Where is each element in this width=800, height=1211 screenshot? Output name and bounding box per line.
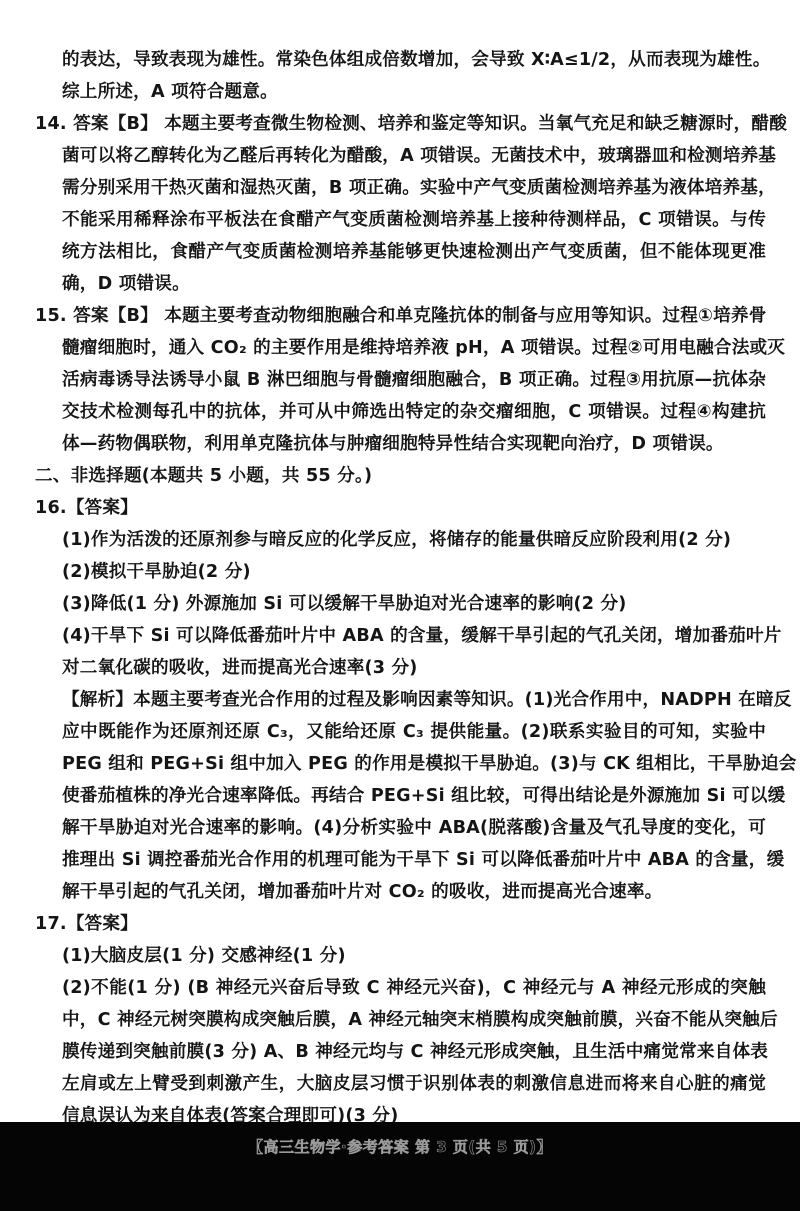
q16-analysis-line-7: 解干旱引起的气孔关闭，增加番茄叶片对 CO₂ 的吸收，进而提高光合速率。	[62, 881, 662, 903]
q15-line-3: 活病毒诱导法诱导小鼠 B 淋巴细胞与骨髓瘤细胞融合，B 项正确。过程③用抗原—抗…	[62, 369, 766, 391]
section-heading-nonchoice: 二、非选择题(本题共 5 小题，共 55 分。)	[35, 465, 372, 487]
q15-answer-line-1: 15. 答案【B】 本题主要考查动物细胞融合和单克隆抗体的制备与应用等知识。过程…	[35, 305, 766, 327]
q16-answer-2: (2)模拟干旱胁迫(2 分)	[62, 561, 251, 583]
document-page: 的表达，导致表现为雄性。常染色体组成倍数增加，会导致 X∶A≤1/2，从而表现为…	[0, 0, 800, 1122]
q16-answer-4-line-2: 对二氧化碳的吸收，进而提高光合速率(3 分)	[62, 657, 418, 679]
q16-answer-3: (3)降低(1 分) 外源施加 Si 可以缓解干旱胁迫对光合速率的影响(2 分)	[62, 593, 627, 615]
q16-analysis-line-1: 【解析】本题主要考查光合作用的过程及影响因素等知识。(1)光合作用中，NADPH…	[62, 689, 766, 711]
q17-answer-2-line-1: (2)不能(1 分) (B 神经元兴奋后导致 C 神经元兴奋)，C 神经元与 A…	[62, 977, 766, 999]
q16-answer-1: (1)作为活泼的还原剂参与暗反应的化学反应，将储存的能量供暗反应阶段利用(2 分…	[62, 529, 731, 551]
q16-analysis-line-2: 应中既能作为还原剂还原 C₃，又能给还原 C₃ 提供能量。(2)联系实验目的可知…	[62, 721, 766, 743]
q16-answer-4-line-1: (4)干旱下 Si 可以降低番茄叶片中 ABA 的含量，缓解干旱引起的气孔关闭，…	[62, 625, 766, 647]
q14-line-4: 不能采用稀释涂布平板法在食醋产气变质菌检测培养基上接种待测样品，C 项错误。与传	[62, 209, 766, 231]
q17-answer-2-line-3: 膜传递到突触前膜(3 分) A、B 神经元均与 C 神经元形成突触，且生活中痛觉…	[62, 1041, 766, 1063]
q17-answer-label: 17.【答案】	[35, 913, 138, 935]
page-footer-band: 【高三生物学·参考答案 第 3 页(共 5 页)】	[0, 1122, 800, 1211]
q16-analysis-line-4: 使番茄植株的净光合速率降低。再结合 PEG+Si 组比较，可得出结论是外源施加 …	[62, 785, 766, 807]
q14-line-2: 菌可以将乙醇转化为乙醛后再转化为醋酸，A 项错误。无菌技术中，玻璃器皿和检测培养…	[62, 145, 766, 167]
q16-analysis-line-5: 解干旱胁迫对光合速率的影响。(4)分析实验中 ABA(脱落酸)含量及气孔导度的变…	[62, 817, 766, 839]
q15-line-2: 髓瘤细胞时，通入 CO₂ 的主要作用是维持培养液 pH，A 项错误。过程②可用电…	[62, 337, 766, 359]
q14-line-5: 统方法相比，食醋产气变质菌检测培养基能够更快速检测出产气变质菌，但不能体现更准	[62, 241, 766, 263]
q16-answer-label: 16.【答案】	[35, 497, 138, 519]
q17-answer-2-line-4: 左肩或左上臂受到刺激产生，大脑皮层习惯于识别体表的刺激信息进而将来自心脏的痛觉	[62, 1073, 766, 1095]
q14-line-6: 确，D 项错误。	[62, 273, 190, 295]
q14-line-3: 需分别采用干热灭菌和湿热灭菌，B 项正确。实验中产气变质菌检测培养基为液体培养基…	[62, 177, 766, 199]
q17-answer-2-line-2: 中，C 神经元树突膜构成突触后膜，A 神经元轴突末梢膜构成突触前膜，兴奋不能从突…	[62, 1009, 766, 1031]
q17-answer-1: (1)大脑皮层(1 分) 交感神经(1 分)	[62, 945, 346, 967]
q15-line-5: 体—药物偶联物，利用单克隆抗体与肿瘤细胞特异性结合实现靶向治疗，D 项错误。	[62, 433, 724, 455]
q13-line-2: 综上所述，A 项符合题意。	[62, 81, 278, 103]
q16-analysis-line-3: PEG 组和 PEG+Si 组中加入 PEG 的作用是模拟干旱胁迫。(3)与 C…	[62, 753, 766, 775]
q16-analysis-line-6: 推理出 Si 调控番茄光合作用的机理可能为干旱下 Si 可以降低番茄叶片中 AB…	[62, 849, 766, 871]
q15-line-4: 交技术检测每孔中的抗体，并可从中筛选出特定的杂交瘤细胞，C 项错误。过程④构建抗	[62, 401, 766, 423]
page-footer: 【高三生物学·参考答案 第 3 页(共 5 页)】	[0, 1136, 800, 1157]
q13-line-1: 的表达，导致表现为雄性。常染色体组成倍数增加，会导致 X∶A≤1/2，从而表现为…	[62, 49, 766, 71]
q14-answer-line-1: 14. 答案【B】 本题主要考查微生物检测、培养和鉴定等知识。当氧气充足和缺乏糖…	[35, 113, 766, 135]
